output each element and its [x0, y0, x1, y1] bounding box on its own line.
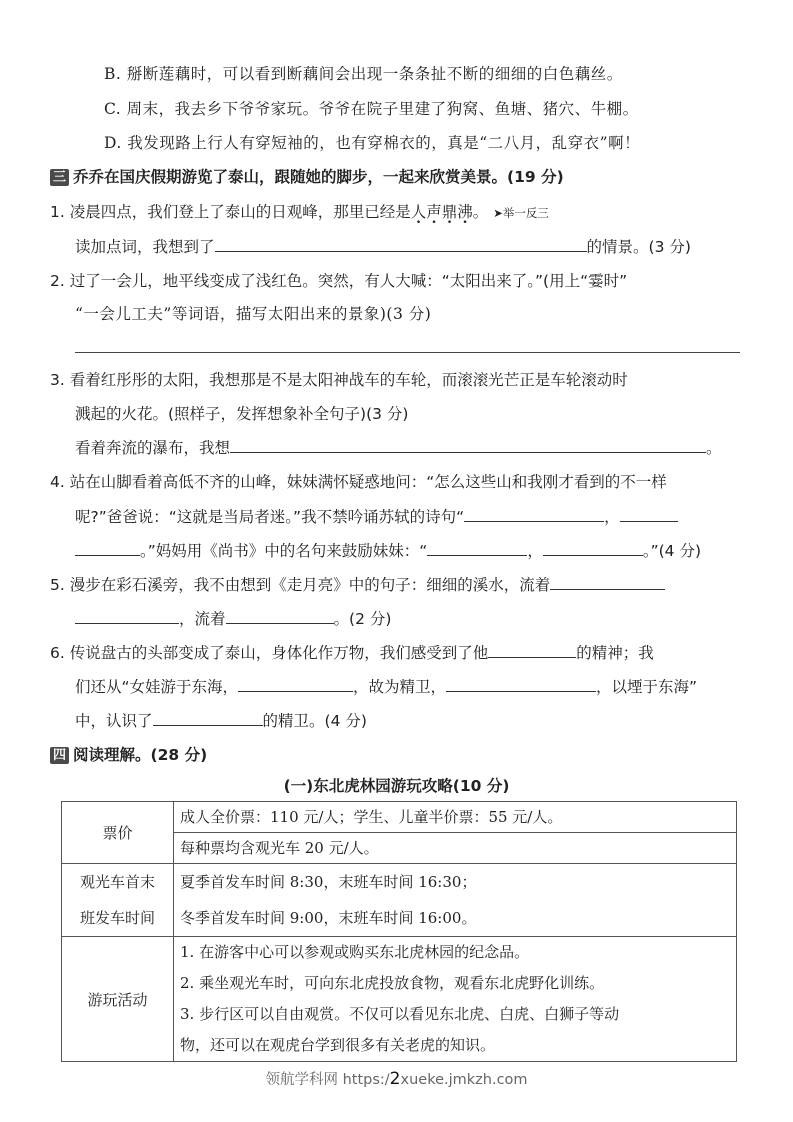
question-5-suffix: 。(2 分)	[334, 610, 392, 628]
answer-blank[interactable]	[446, 677, 596, 692]
question-1-text: 1. 凌晨四点，我们登上了泰山的日观峰，那里已经是	[50, 203, 411, 221]
option-c: C. 周末，我去乡下爷爷家玩。爷爷在院子里建了狗窝、鱼塘、猪穴、牛棚。	[104, 97, 639, 119]
section-number-badge: 四	[50, 747, 69, 764]
question-6-text: ，以堙于东海”	[596, 678, 697, 696]
page-footer: 领航学科网 https:/2xueke.jmkzh.com	[0, 1068, 793, 1089]
cell-text: 2. 乘坐观光车时，可向东北虎投放食物，观看东北虎野化训练。	[180, 968, 730, 999]
question-1-prompt: 读加点词，我想到了	[75, 238, 215, 256]
question-6-line-1: 6. 传说盘古的头部变成了泰山，身体化作万物，我们感受到了他的精神；我	[50, 641, 654, 663]
answer-blank[interactable]	[550, 575, 665, 590]
question-6-text: 6. 传说盘古的头部变成了泰山，身体化作万物，我们感受到了他	[50, 644, 488, 662]
emphasized-char: 人	[411, 203, 427, 221]
answer-blank[interactable]	[215, 237, 587, 252]
answer-blank[interactable]	[427, 541, 527, 556]
question-4-text: 。”妈妈用《尚书》中的名句来鼓励妹妹：“	[140, 542, 427, 560]
section-3-heading: 三乔乔在国庆假期游览了泰山，跟随她的脚步，一起来欣赏美景。(19 分)	[50, 165, 564, 187]
cell-text: 成人全价票：110 元/人；学生、儿童半价票：55 元/人。	[180, 802, 730, 832]
table-cell: 夏季首发车时间 8:30，末班车时间 16:30； 冬季首发车时间 9:00，末…	[174, 864, 737, 937]
question-4-line-2: 呢?”爸爸说：“这就是当局者迷。”我不禁吟诵苏轼的诗句“，	[75, 505, 678, 527]
question-3-line-2: 溅起的火花。(照样子，发挥想象补全句子)(3 分)	[75, 402, 408, 424]
table-row: 游玩活动 1. 在游客中心可以参观或购买东北虎林园的纪念品。 2. 乘坐观光车时…	[62, 937, 737, 1062]
emphasized-char: 沸	[457, 203, 473, 221]
question-6-text: 的精神；我	[576, 644, 654, 662]
answer-blank[interactable]	[75, 609, 179, 624]
row-header-activities: 游玩活动	[62, 937, 174, 1062]
question-6-text: 们还从“女娃游于东海，	[75, 678, 238, 696]
answer-blank[interactable]	[488, 643, 576, 658]
question-1-suffix: 的情景。(3 分)	[587, 238, 691, 256]
passage-title: (一)东北虎林园游玩攻略(10 分)	[0, 774, 793, 796]
question-4-suffix: 。”(4 分)	[643, 542, 701, 560]
option-d: D. 我发现路上行人有穿短袖的，也有穿棉衣的，真是“二八月，乱穿衣”啊！	[104, 131, 640, 153]
option-b: B. 掰断莲藕时，可以看到断藕间会出现一条条扯不断的细细的白色藕丝。	[104, 62, 623, 84]
question-5-line-2: ，流着。(2 分)	[75, 607, 391, 629]
tiger-park-guide-table: 票价 成人全价票：110 元/人；学生、儿童半价票：55 元/人。 每种票均含观…	[61, 801, 737, 1062]
question-4-text: 呢?”爸爸说：“这就是当局者迷。”我不禁吟诵苏轼的诗句“	[75, 508, 464, 526]
cell-text: 1. 在游客中心可以参观或购买东北虎林园的纪念品。	[180, 937, 730, 968]
question-2-line-1: 2. 过了一会儿，地平线变成了浅红色。突然，有人大喊：“太阳出来了。”(用上“霎…	[50, 269, 627, 291]
question-1-line-1: 1. 凌晨四点，我们登上了泰山的日观峰，那里已经是人声鼎沸。 ➤举一反三	[50, 200, 549, 222]
header-text: 班发车时间	[68, 900, 167, 936]
cell-text: 3. 步行区可以自由观赏。不仅可以看见东北虎、白虎、白狮子等动	[180, 999, 730, 1030]
question-3-line-1: 3. 看着红彤彤的太阳，我想那是不是太阳神战车的车轮，而滚滚光芒正是车轮滚动时	[50, 368, 628, 390]
answer-blank[interactable]	[464, 507, 604, 522]
section-4-heading: 四阅读理解。(28 分)	[50, 743, 207, 765]
emphasized-char: 鼎	[442, 203, 458, 221]
answer-blank[interactable]	[620, 507, 678, 522]
practice-tag: ➤举一反三	[493, 206, 549, 220]
question-4-line-3: 。”妈妈用《尚书》中的名句来鼓励妹妹：“，。”(4 分)	[75, 539, 701, 561]
punctuation: ，	[527, 542, 543, 560]
question-6-suffix: 的精卫。(4 分)	[263, 712, 367, 730]
question-1-line-2: 读加点词，我想到了的情景。(3 分)	[75, 235, 691, 257]
question-4-line-1: 4. 站在山脚看着高低不齐的山峰，妹妹满怀疑惑地问：“怎么这些山和我刚才看到的不…	[50, 470, 667, 492]
cell-text: 物，还可以在观虎台学到很多有关老虎的知识。	[180, 1030, 730, 1061]
question-6-text: 中，认识了	[75, 712, 153, 730]
answer-blank[interactable]	[75, 541, 140, 556]
page-number: 2	[390, 1069, 401, 1089]
answer-blank[interactable]	[153, 711, 263, 726]
question-5-line-1: 5. 漫步在彩石溪旁，我不由想到《走月亮》中的句子：细细的溪水，流着	[50, 573, 665, 595]
section-4-title: 阅读理解。(28 分)	[73, 746, 207, 764]
section-3-title: 乔乔在国庆假期游览了泰山，跟随她的脚步，一起来欣赏美景。(19 分)	[73, 168, 564, 186]
table-cell: 成人全价票：110 元/人；学生、儿童半价票：55 元/人。	[174, 802, 737, 833]
header-text: 观光车首末	[68, 864, 167, 900]
question-6-text: ，故为精卫，	[353, 678, 446, 696]
section-number-badge: 三	[50, 169, 69, 186]
watermark-text: xueke.jmkzh.com	[401, 1072, 528, 1088]
question-5-text: 5. 漫步在彩石溪旁，我不由想到《走月亮》中的句子：细细的溪水，流着	[50, 576, 550, 594]
answer-blank[interactable]	[230, 438, 706, 453]
question-6-line-3: 中，认识了的精卫。(4 分)	[75, 709, 367, 731]
watermark-text: 领航学科网 https:/	[265, 1072, 389, 1088]
table-row: 观光车首末 班发车时间 夏季首发车时间 8:30，末班车时间 16:30； 冬季…	[62, 864, 737, 937]
question-6-line-2: 们还从“女娃游于东海，，故为精卫，，以堙于东海”	[75, 675, 697, 697]
punctuation: 。	[706, 439, 722, 457]
punctuation: ，	[604, 508, 620, 526]
cell-text: 夏季首发车时间 8:30，末班车时间 16:30；	[180, 864, 730, 900]
answer-blank[interactable]	[543, 541, 643, 556]
question-3-line-3: 看着奔流的瀑布，我想。	[75, 436, 722, 458]
answer-blank[interactable]	[238, 677, 353, 692]
table-row: 票价 成人全价票：110 元/人；学生、儿童半价票：55 元/人。	[62, 802, 737, 833]
question-5-text: ，流着	[179, 610, 226, 628]
answer-line[interactable]	[75, 352, 740, 353]
row-header-shuttle-times: 观光车首末 班发车时间	[62, 864, 174, 937]
punctuation: 。	[473, 203, 489, 221]
row-header-ticket-price: 票价	[62, 802, 174, 864]
table-cell: 1. 在游客中心可以参观或购买东北虎林园的纪念品。 2. 乘坐观光车时，可向东北…	[174, 937, 737, 1062]
cell-text: 冬季首发车时间 9:00，末班车时间 16:00。	[180, 900, 730, 936]
cell-text: 每种票均含观光车 20 元/人。	[180, 833, 730, 863]
question-2-line-2: “一会儿工夫”等词语，描写太阳出来的景象)(3 分)	[75, 302, 431, 324]
question-3-prompt: 看着奔流的瀑布，我想	[75, 439, 230, 457]
emphasized-char: 声	[426, 203, 442, 221]
answer-blank[interactable]	[226, 609, 334, 624]
table-cell: 每种票均含观光车 20 元/人。	[174, 833, 737, 864]
